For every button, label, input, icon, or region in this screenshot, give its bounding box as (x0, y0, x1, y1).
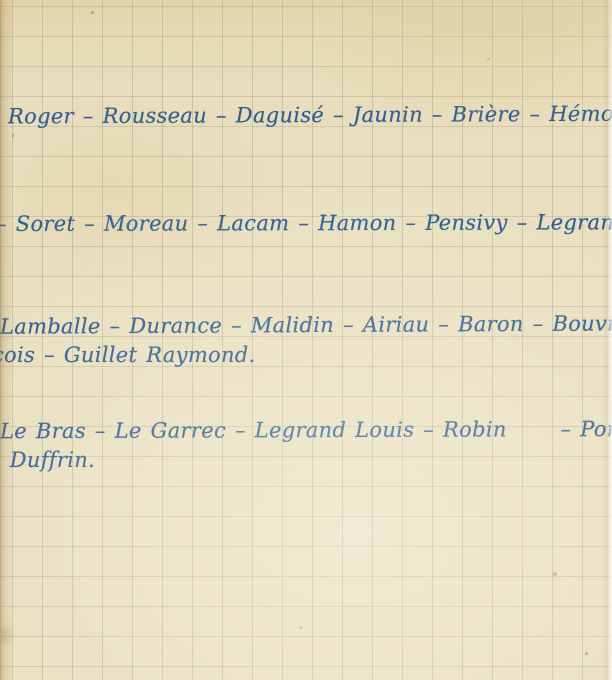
handwritten-line-3b: çois – Guillet Raymond. (0, 341, 256, 369)
handwritten-line-3a: Lamballe – Durance – Malidin – Airiau – … (0, 309, 612, 340)
handwritten-line-4b: – Duffrin. (0, 446, 95, 474)
paper-sheet: Roger – Rousseau – Daguisé – Jaunin – Br… (0, 0, 612, 680)
handwritten-line-1: Roger – Rousseau – Daguisé – Jaunin – Br… (8, 100, 612, 131)
handwritten-line-2: – Soret – Moreau – Lacam – Hamon – Pensi… (0, 208, 612, 238)
handwritten-line-4a: Le Bras – Le Garrec – Legrand Louis – Ro… (0, 415, 612, 445)
